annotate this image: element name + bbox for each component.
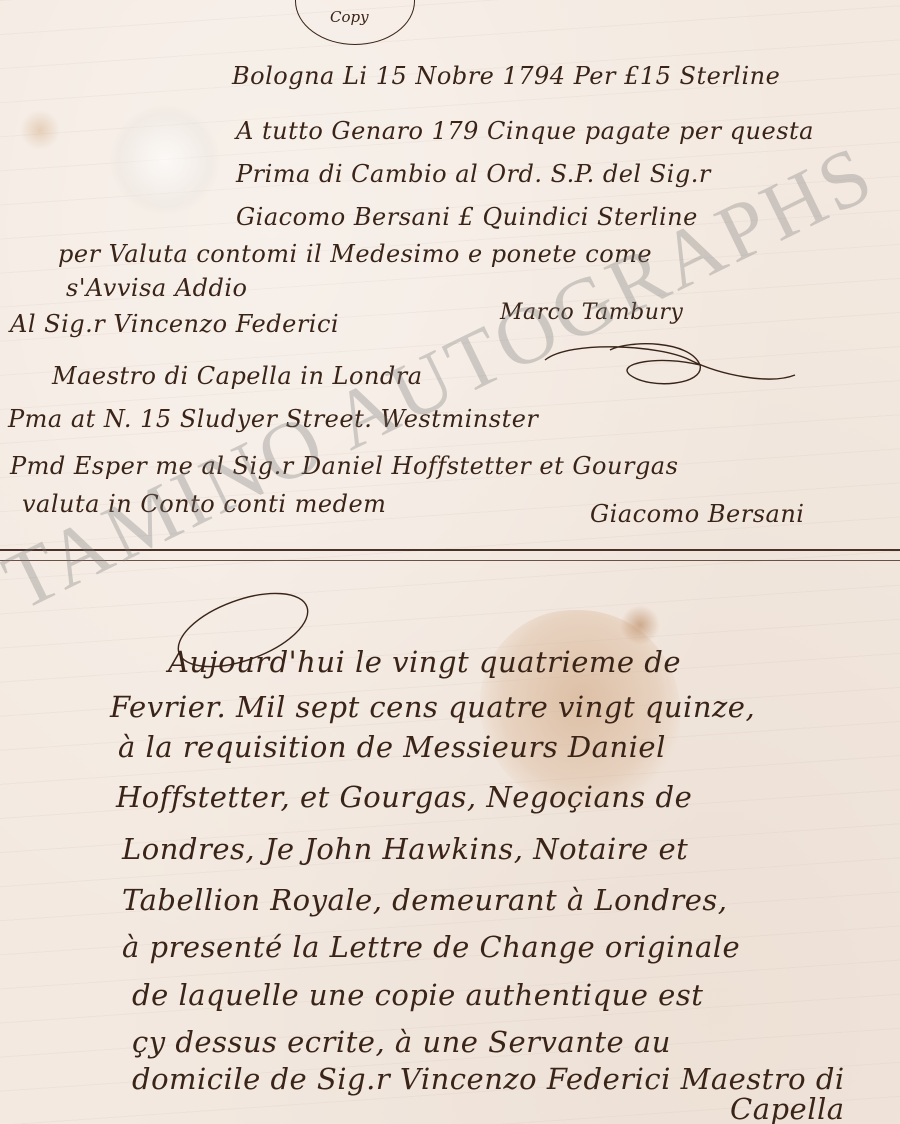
protest-line: Londres, Je John Hawkins, Notaire et [122,832,688,866]
ink-spot [620,605,660,645]
endorsement-line: valuta in Conto conti medem [22,490,386,518]
addressee-line: Al Sig.r Vincenzo Federici [10,310,339,338]
bill-line: per Valuta contomi il Medesimo e ponete … [58,240,652,268]
protest-line: de laquelle une copie authentique est [132,978,703,1012]
endorsement-line: Pmd Esper me al Sig.r Daniel Hoffstetter… [10,452,678,480]
bill-line: Prima di Cambio al Ord. S.P. del Sig.r [236,160,711,188]
signature-flourish [540,335,810,395]
embossed-seal [110,105,220,215]
protest-line: Fevrier. Mil sept cens quatre vingt quin… [110,690,755,724]
bill-line: Bologna Li 15 Nobre 1794 Per £15 Sterlin… [232,62,780,90]
protest-line: Aujourd'hui le vingt quatrieme de [168,645,681,679]
protest-line: Tabellion Royale, demeurant à Londres, [122,883,728,917]
protest-line: domicile de Sig.r Vincenzo Federici Maes… [132,1062,845,1096]
bill-line: Giacomo Bersani £ Quindici Sterline [236,203,698,231]
copy-label: Copy [330,8,369,26]
stain-left [20,110,60,150]
protest-line: Capella [730,1092,845,1124]
endorser-signature: Giacomo Bersani [590,500,804,528]
protest-line: Hoffstetter, et Gourgas, Negoçians de [116,780,692,814]
bill-line: s'Avvisa Addio [66,274,248,302]
protest-line: çy dessus ecrite, à une Servante au [132,1025,671,1059]
addressee-line: Pma at N. 15 Sludyer Street. Westminster [8,405,538,433]
protest-line: à presenté la Lettre de Change originale [122,930,740,964]
section-divider [0,549,900,561]
protest-line: à la requisition de Messieurs Daniel [118,730,666,764]
addressee-line: Maestro di Capella in Londra [52,362,423,390]
bill-line: A tutto Genaro 179 Cinque pagate per que… [236,117,814,145]
drawer-signature: Marco Tambury [500,300,683,325]
